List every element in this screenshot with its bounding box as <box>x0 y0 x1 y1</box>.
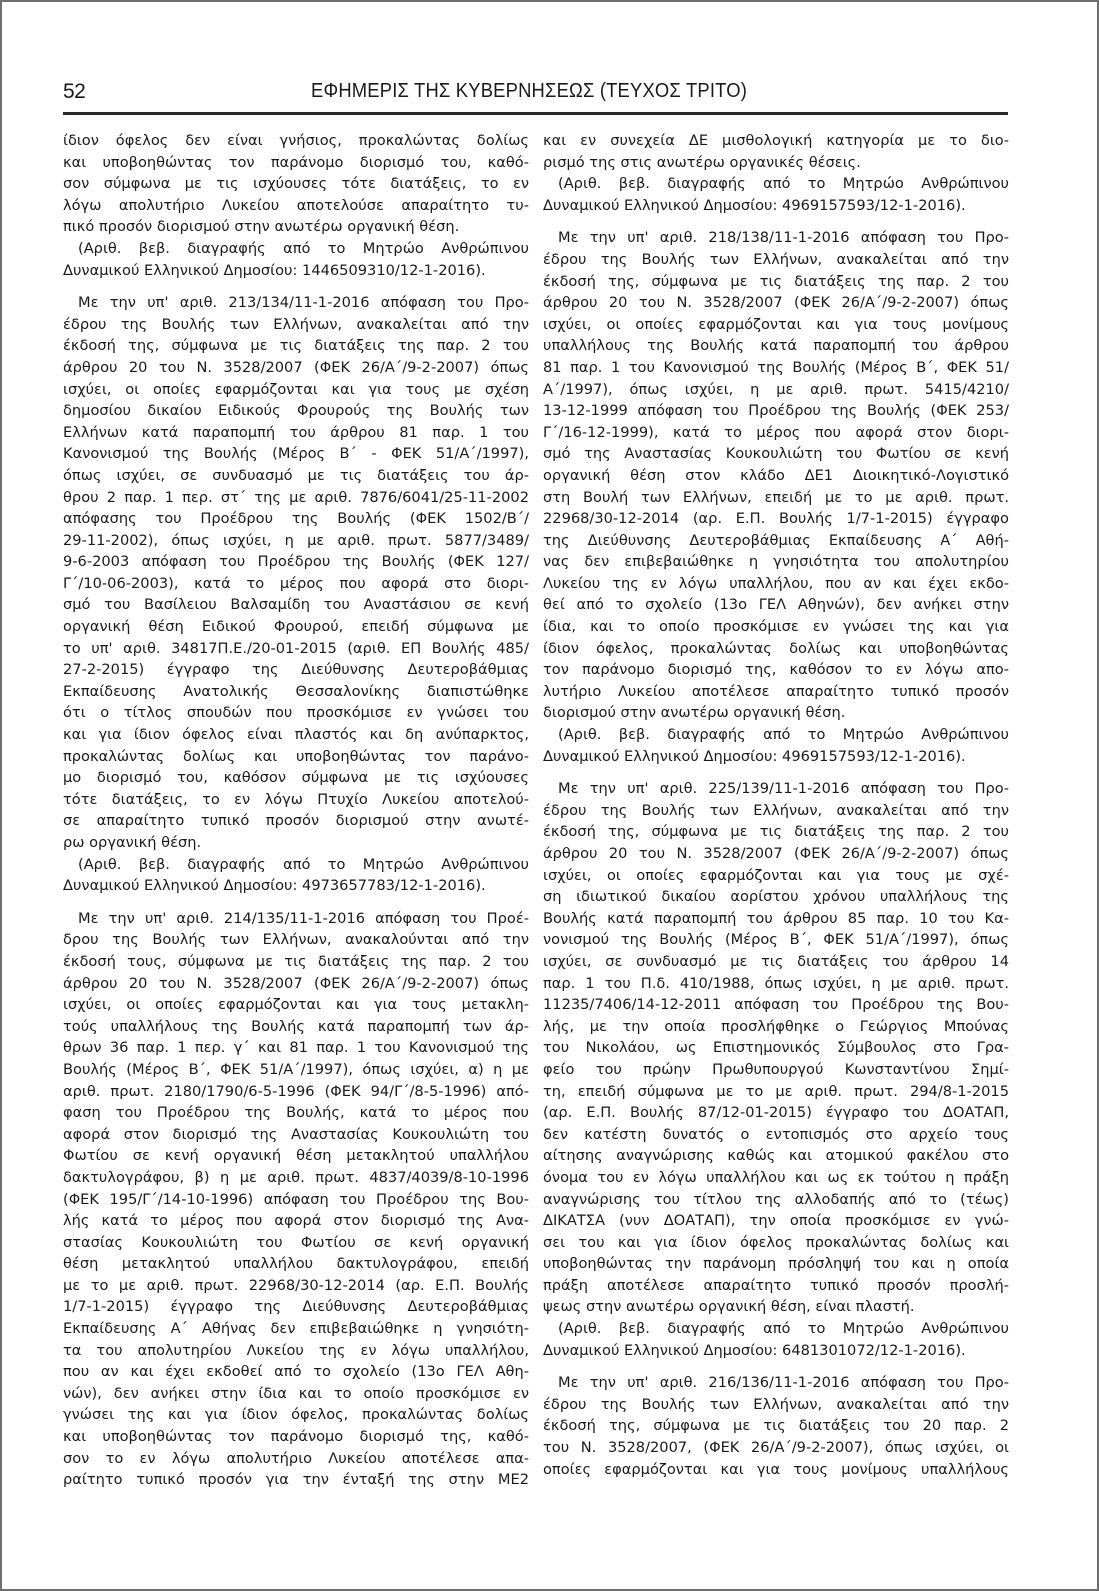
text-line: Με την υπ' αριθ. 225/139/11-1-2016 απόφα… <box>543 778 1009 800</box>
paragraph: Με την υπ' αριθ. 213/134/11-1-2016 απόφα… <box>63 292 529 853</box>
text-line: Εκπαίδευσης Α΄ Αθήνας δεν επιβεβαιώθηκε … <box>63 1318 529 1340</box>
text-line: που αν και έχει εκδοθεί από το σχολείο (… <box>63 1361 529 1383</box>
text-line: Με την υπ' αριθ. 216/136/11-1-2016 απόφα… <box>543 1372 1009 1394</box>
text-line: λυτήριο Λυκείου αποτέλεσε απαραίτητο τυπ… <box>543 681 1009 703</box>
text-line: υπαλλήλους της Βουλής κατά παραπομπή του… <box>543 335 1009 357</box>
paragraph: Με την υπ' αριθ. 214/135/11-1-2016 απόφα… <box>63 908 529 1491</box>
text-line: (Αριθ. βεβ. διαγραφής από το Μητρώο Ανθρ… <box>63 854 529 876</box>
text-line: ρω οργανική θέση. <box>63 832 529 854</box>
text-line: υποβοηθώντας την παράνομη πρόσληψή του κ… <box>543 1253 1009 1275</box>
text-line: διορισμού στην ανωτέρω οργανική θέση. <box>543 702 1009 724</box>
text-line: Φωτίου σε κενή οργανική θέση μετακλητού … <box>63 1145 529 1167</box>
text-line: ίδιον όφελος δεν είναι γνήσιος, προκαλών… <box>63 130 529 152</box>
text-line: σε απαραίτητο τυπικό προσόν διορισμού στ… <box>63 810 529 832</box>
text-line: θεί από το σχολείο (13ο ΓΕΛ Αθηνών), δεν… <box>543 594 1009 616</box>
text-line: ισχύει, οι οποίες εφαρμόζονται και για τ… <box>543 865 1009 887</box>
text-line: μο διορισμό του, καθόσον σύμφωνα με τις … <box>63 767 529 789</box>
text-line: ίδιον όφελος, προκαλώντας δολίως και υπο… <box>543 638 1009 660</box>
text-line: έκδοσή της, σύμφωνα με τις διατάξεις της… <box>63 335 529 357</box>
paragraph: (Αριθ. βεβ. διαγραφής από το Μητρώο Ανθρ… <box>543 173 1009 216</box>
text-line: με το με αριθ. πρωτ. 22968/30-12-2014 (α… <box>63 1275 529 1297</box>
text-line: οργανική θέση Ειδικού Φρουρού, επειδή σύ… <box>63 616 529 638</box>
paragraph-gap <box>63 281 529 292</box>
text-line: (Αριθ. βεβ. διαγραφής από το Μητρώο Ανθρ… <box>543 173 1009 195</box>
text-line: δεν κατέστη δυνατός ο εντοπισμός στο αρχ… <box>543 1124 1009 1146</box>
header-rule <box>63 112 1008 115</box>
text-line: σει του και για ίδιον όφελος προκαλώντας… <box>543 1232 1009 1254</box>
paragraph: (Αριθ. βεβ. διαγραφής από το Μητρώο Ανθρ… <box>543 724 1009 767</box>
text-line: οργανική θέση στον κλάδο ΔΕ1 Διοικητικό-… <box>543 465 1009 487</box>
page-header: 52 ΕΦΗΜΕΡΙΣ ΤΗΣ ΚΥΒΕΡΝΗΣΕΩΣ (ΤΕΥΧΟΣ ΤΡΙΤ… <box>63 80 1008 110</box>
text-line: (Αριθ. βεβ. διαγραφής από το Μητρώο Ανθρ… <box>63 238 529 260</box>
paragraph-gap <box>543 1361 1009 1372</box>
paragraph: (Αριθ. βεβ. διαγραφής από το Μητρώο Ανθρ… <box>543 1318 1009 1361</box>
paragraph-gap <box>543 216 1009 227</box>
text-line: αφορά στον διορισμό της Αναστασίας Κουκο… <box>63 1124 529 1146</box>
text-line: αίτησης αναγνώρισης καθώς και ατομικού φ… <box>543 1145 1009 1167</box>
text-line: και υποβοηθώντας τον παράνομο διορισμό τ… <box>63 152 529 174</box>
text-line: δημοσίου δικαίου Ειδικούς Φρουρούς της Β… <box>63 400 529 422</box>
text-line: γνώσει της και για ίδιον όφελος, προκαλώ… <box>63 1404 529 1426</box>
text-line: ισχύει, οι οποίες εφαρμόζονται και για τ… <box>543 314 1009 336</box>
text-line: θρων 36 παρ. 1 περ. γ΄ και 81 παρ. 1 του… <box>63 1037 529 1059</box>
text-line: (αρ. Ε.Π. Βουλής 87/12-01-2015) έγγραφο … <box>543 1102 1009 1124</box>
text-line: Με την υπ' αριθ. 214/135/11-1-2016 απόφα… <box>63 908 529 930</box>
text-line: παρ. 1 του Π.δ. 410/1988, όπως ισχύει, η… <box>543 973 1009 995</box>
text-line: τότε διατάξεις, το εν λόγω Πτυχίο Λυκείο… <box>63 789 529 811</box>
text-line: άρθρου 20 του Ν. 3528/2007 (ΦΕΚ 26/Α΄/9-… <box>543 292 1009 314</box>
left-column: ίδιον όφελος δεν είναι γνήσιος, προκαλών… <box>63 130 529 1491</box>
text-line: έδρου της Βουλής των Ελλήνων, ανακαλείτα… <box>63 314 529 336</box>
text-line: Με την υπ' αριθ. 213/134/11-1-2016 απόφα… <box>63 292 529 314</box>
text-line: ισχύει, οι οποίες εφαρμόζονται και για τ… <box>63 994 529 1016</box>
text-line: ση ιδιωτικού δικαίου αορίστου χρόνου υπα… <box>543 886 1009 908</box>
text-line: ψεως στην ανωτέρω οργανική θέση, είναι π… <box>543 1296 1009 1318</box>
text-line: Εκπαίδευσης Ανατολικής Θεσσαλονίκης διαπ… <box>63 681 529 703</box>
text-line: τα του απολυτηρίου Λυκείου της εν λόγω υ… <box>63 1340 529 1362</box>
text-line: άρθρου 20 του Ν. 3528/2007 (ΦΕΚ 26/Α΄/9-… <box>63 357 529 379</box>
text-line: τον παράνομο διορισμό της, καθόσον το εν… <box>543 659 1009 681</box>
text-line: λής κατά το μέρος που αφορά στον διορισμ… <box>63 1210 529 1232</box>
text-line: ραίτητο τυπικό προσόν για την ένταξή της… <box>63 1469 529 1491</box>
text-line: φαση του Προέδρου της Βουλής, κατά το μέ… <box>63 1102 529 1124</box>
text-line: έδρου της Βουλής των Ελλήνων, ανακαλείτα… <box>543 800 1009 822</box>
text-line: Δυναμικού Ελληνικού Δημοσίου: 4973657783… <box>63 875 529 897</box>
text-line: 9-6-2003 απόφαση του Προέδρου της Βουλής… <box>63 551 529 573</box>
text-line: ισχύει, σε συνδυασμό με τις διατάξεις το… <box>543 951 1009 973</box>
text-line: όπως ισχύει, σε συνδυασμό με τις διατάξε… <box>63 465 529 487</box>
text-line: και υποβοηθώντας τον παράνομο διορισμό τ… <box>63 1426 529 1448</box>
text-line: θέση μετακλητού υπαλλήλου δακτυλογράφου,… <box>63 1253 529 1275</box>
text-line: σον το εν λόγω απολυτήριο Λυκείου αποτέλ… <box>63 1448 529 1470</box>
text-line: Α΄/1997), όπως ισχύει, η με αριθ. πρωτ. … <box>543 379 1009 401</box>
paragraph: (Αριθ. βεβ. διαγραφής από το Μητρώο Ανθρ… <box>63 238 529 281</box>
text-line: αναγνώρισης του τίτλου της αλλοδαπής από… <box>543 1189 1009 1211</box>
text-line: 22968/30-12-2014 (αρ. Ε.Π. Βουλής 1/7-1-… <box>543 508 1009 530</box>
text-line: ότι ο τίτλος σπουδών που προσκόμισε εν γ… <box>63 702 529 724</box>
text-line: σον σύμφωνα με τις ισχύουσες τότε διατάξ… <box>63 173 529 195</box>
text-line: της Διεύθυνσης Δευτεροβάθμιας Εκπαίδευση… <box>543 530 1009 552</box>
paragraph: ίδιον όφελος δεν είναι γνήσιος, προκαλών… <box>63 130 529 238</box>
text-line: σμό του Βασίλειου Βαλσαμίδη του Αναστάσι… <box>63 594 529 616</box>
text-line: λής, με την οποία προσλήφθηκε ο Γεώργιος… <box>543 1016 1009 1038</box>
paragraph-gap <box>63 897 529 908</box>
text-line: έκδοσή της, σύμφωνα με τις διατάξεις της… <box>543 821 1009 843</box>
text-line: ΔΙΚΑΤΣΑ (νυν ΔΟΑΤΑΠ), την οποία προσκόμι… <box>543 1210 1009 1232</box>
text-line: πράξη αποτέλεσε απαραίτητο τυπικό προσόν… <box>543 1275 1009 1297</box>
text-line: Με την υπ' αριθ. 218/138/11-1-2016 απόφα… <box>543 227 1009 249</box>
text-line: έκδοσή της, σύμφωνα με τις διατάξεις της… <box>543 271 1009 293</box>
text-line: σμό της Αναστασίας Κουκουλιώτη του Φωτίο… <box>543 443 1009 465</box>
text-line: και εν συνεχεία ΔΕ μισθολογική κατηγορία… <box>543 130 1009 152</box>
text-line: Δυναμικού Ελληνικού Δημοσίου: 6481301072… <box>543 1340 1009 1362</box>
text-line: Δυναμικού Ελληνικού Δημοσίου: 4969157593… <box>543 195 1009 217</box>
text-line: (Αριθ. βεβ. διαγραφής από το Μητρώο Ανθρ… <box>543 1318 1009 1340</box>
text-line: έκδοσή της, σύμφωνα με τις διατάξεις του… <box>543 1415 1009 1437</box>
text-line: Γ΄/10-06-2003), κατά το μέρος που αφορά … <box>63 573 529 595</box>
text-line: αριθ. πρωτ. 2180/1790/6-5-1996 (ΦΕΚ 94/Γ… <box>63 1081 529 1103</box>
text-line: Δυναμικού Ελληνικού Δημοσίου: 1446509310… <box>63 260 529 282</box>
text-line: ρισμό της στις ανωτέρω οργανικές θέσεις. <box>543 152 1009 174</box>
text-line: (ΦΕΚ 195/Γ΄/14-10-1996) απόφαση του Προέ… <box>63 1189 529 1211</box>
text-line: το υπ' αριθ. 34817Π.Ε./20-01-2015 (αριθ.… <box>63 638 529 660</box>
text-line: νονισμού της Βουλής (Μέρος Β΄, ΦΕΚ 51/Α΄… <box>543 929 1009 951</box>
text-line: λόγω απολυτήριο Λυκείου αποτελούσε απαρα… <box>63 195 529 217</box>
text-line: έδρου της Βουλής των Ελλήνων, ανακαλείτα… <box>543 249 1009 271</box>
text-line: όνομα του εν λόγω υπαλλήλου και ως εκ το… <box>543 1167 1009 1189</box>
text-line: του Νικολάου, ως Επιστημονικός Σύμβουλος… <box>543 1037 1009 1059</box>
paragraph: (Αριθ. βεβ. διαγραφής από το Μητρώο Ανθρ… <box>63 854 529 897</box>
text-line: 1/7-1-2015) έγγραφο της Διεύθυνσης Δευτε… <box>63 1296 529 1318</box>
text-line: προκαλώντας δολίως και υποβοηθώντας τον … <box>63 746 529 768</box>
paragraph: Με την υπ' αριθ. 225/139/11-1-2016 απόφα… <box>543 778 1009 1318</box>
text-line: Γ΄/16-12-1999), κατά το μέρος που αφορά … <box>543 422 1009 444</box>
text-line: θρου 2 παρ. 1 περ. στ΄ της με αριθ. 7876… <box>63 487 529 509</box>
text-line: Δυναμικού Ελληνικού Δημοσίου: 4969157593… <box>543 746 1009 768</box>
text-line: στασίας Κουκουλιώτη του Φωτίου σε κενή ο… <box>63 1232 529 1254</box>
text-line: στη Βουλή των Ελλήνων, επειδή με το με α… <box>543 487 1009 509</box>
text-line: δρου της Βουλής των Ελλήνων, ανακαλούντα… <box>63 929 529 951</box>
text-line: νών), δεν ανήκει στην ίδια και το οποίο … <box>63 1383 529 1405</box>
text-line: τούς υπαλλήλους της Βουλής κατά παραπομπ… <box>63 1016 529 1038</box>
text-line: έδρου της Βουλής των Ελλήνων, ανακαλείτα… <box>543 1394 1009 1416</box>
text-line: φείο του πρώην Πρωθυπουργού Κωνσταντίνου… <box>543 1059 1009 1081</box>
running-title: ΕΦΗΜΕΡΙΣ ΤΗΣ ΚΥΒΕΡΝΗΣΕΩΣ (ΤΕΥΧΟΣ ΤΡΙΤΟ) <box>311 80 747 103</box>
text-line: νας δεν επιβεβαιώθηκε η γνησιότητα του α… <box>543 551 1009 573</box>
text-line: 11235/7406/14-12-2011 απόφαση του Προέδρ… <box>543 994 1009 1016</box>
text-line: 29-11-2002), όπως ισχύει, η με αριθ. πρω… <box>63 530 529 552</box>
text-line: Βουλής κατά παραπομπή του άρθρου 85 παρ.… <box>543 908 1009 930</box>
paragraph: και εν συνεχεία ΔΕ μισθολογική κατηγορία… <box>543 130 1009 173</box>
text-line: ίδια, και το οποίο προσκόμισε εν γνώσει … <box>543 616 1009 638</box>
text-line: 13-12-1999 απόφαση του Προέδρου της Βουλ… <box>543 400 1009 422</box>
text-line: Βουλής (Μέρος Β΄, ΦΕΚ 51/Α΄/1997), όπως … <box>63 1059 529 1081</box>
paragraph: Με την υπ' αριθ. 216/136/11-1-2016 απόφα… <box>543 1372 1009 1480</box>
text-line: και για ίδιον όφελος είναι πλαστός και δ… <box>63 724 529 746</box>
text-line: ισχύει, οι οποίες εφαρμόζονται και για τ… <box>63 379 529 401</box>
text-line: άρθρου 20 του Ν. 3528/2007 (ΦΕΚ 26/Α΄/9-… <box>63 973 529 995</box>
text-line: οποίες εφαρμόζονται και για τους μονίμου… <box>543 1459 1009 1481</box>
text-line: δακτυλογράφου, β) η με αριθ. πρωτ. 4837/… <box>63 1167 529 1189</box>
text-line: (Αριθ. βεβ. διαγραφής από το Μητρώο Ανθρ… <box>543 724 1009 746</box>
right-column: και εν συνεχεία ΔΕ μισθολογική κατηγορία… <box>543 130 1009 1480</box>
paragraph-gap <box>543 767 1009 778</box>
text-line: 81 παρ. 1 του Κανονισμού της Βουλής (Μέρ… <box>543 357 1009 379</box>
page-number: 52 <box>63 80 85 104</box>
text-line: Ελλήνων κατά παραπομπή του άρθρου 81 παρ… <box>63 422 529 444</box>
text-line: άρθρου 20 του Ν. 3528/2007 (ΦΕΚ 26/Α΄/9-… <box>543 843 1009 865</box>
text-line: απόφασης του Προέδρου της Βουλής (ΦΕΚ 15… <box>63 508 529 530</box>
text-line: Κανονισμού της Βουλής (Μέρος Β΄ - ΦΕΚ 51… <box>63 443 529 465</box>
text-line: τη, επειδή σύμφωνα με το με αριθ. πρωτ. … <box>543 1081 1009 1103</box>
text-line: έκδοσή τους, σύμφωνα με τις διατάξεις τη… <box>63 951 529 973</box>
text-line: 27-2-2015) έγγραφο της Διεύθυνσης Δευτερ… <box>63 659 529 681</box>
text-line: Λυκείου της εν λόγω υπαλλήλου, που αν κα… <box>543 573 1009 595</box>
text-line: πικό προσόν διορισμού στην ανωτέρω οργαν… <box>63 216 529 238</box>
paragraph: Με την υπ' αριθ. 218/138/11-1-2016 απόφα… <box>543 227 1009 724</box>
text-line: του Ν. 3528/2007, (ΦΕΚ 26/Α΄/9-2-2007), … <box>543 1437 1009 1459</box>
